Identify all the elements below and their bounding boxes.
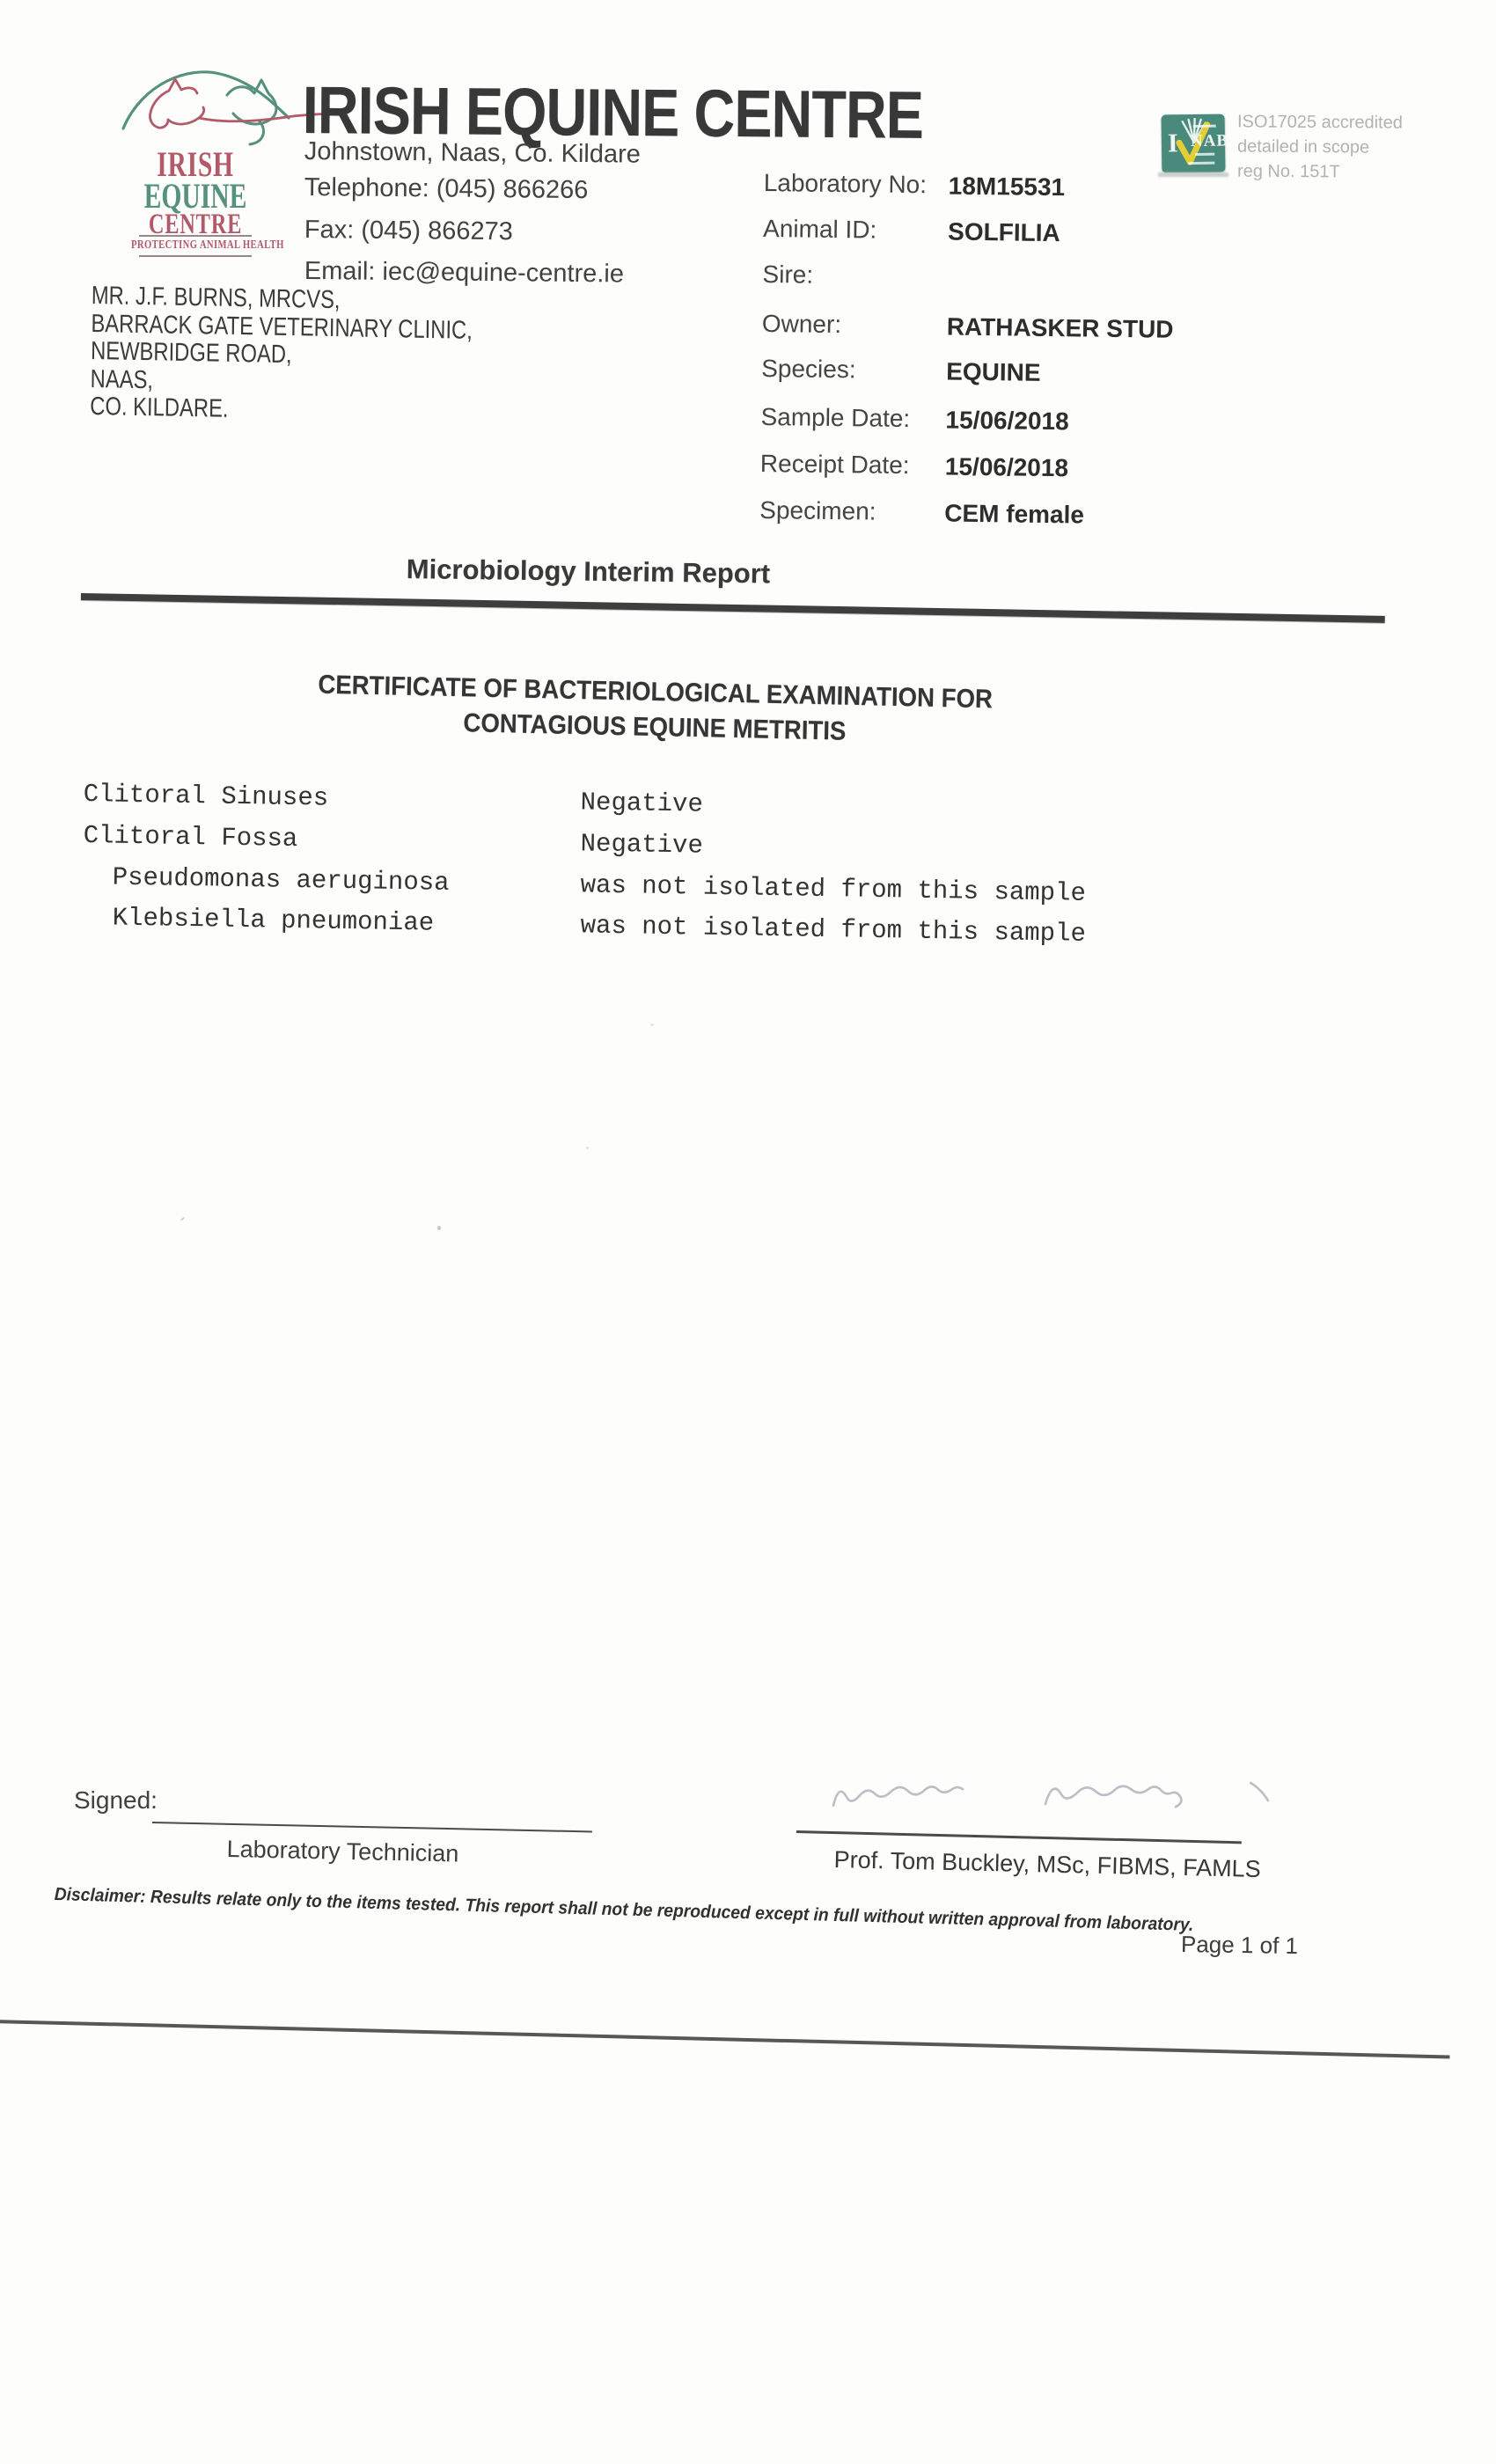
logo-divider-bottom [139, 255, 252, 257]
meta-label: Sire: [762, 260, 813, 289]
scanned-report-page: IRISH EQUINE CENTRE PROTECTING ANIMAL HE… [0, 0, 1496, 2464]
signatory-name: Prof. Tom Buckley, MSc, FIBMS, FAMLS [833, 1846, 1261, 1883]
meta-value: 15/06/2018 [945, 453, 1069, 483]
nab-microtext [1195, 153, 1214, 156]
org-telephone: Telephone: (045) 866266 [304, 173, 589, 205]
meta-row: Species: EQUINE [761, 355, 1307, 390]
result-row: Klebsiella pneumoniae was not isolated f… [83, 903, 1315, 952]
test-result: was not isolated from this sample [580, 870, 1086, 908]
signature-role-left: Laboratory Technician [226, 1836, 458, 1868]
meta-label: Laboratory No: [764, 169, 928, 198]
meta-value: 18M15531 [949, 172, 1066, 202]
result-row: Pseudomonas aeruginosa was not isolated … [83, 862, 1315, 912]
certificate-heading: CERTIFICATE OF BACTERIOLOGICAL EXAMINATI… [253, 666, 1056, 754]
test-result: was not isolated from this sample [580, 911, 1086, 949]
accreditation-line: ISO17025 accredited [1237, 112, 1403, 133]
test-name: Klebsiella pneumoniae [83, 903, 434, 938]
test-result: Negative [580, 788, 703, 818]
meta-label: Animal ID: [763, 215, 877, 244]
accreditation-line: reg No. 151T [1237, 162, 1340, 183]
result-row: Clitoral Fossa Negative [83, 821, 1315, 870]
meta-value: SOLFILIA [948, 218, 1060, 248]
test-name: Clitoral Sinuses [83, 780, 328, 813]
org-email: Email: iec@equine-centre.ie [304, 257, 624, 289]
org-fax: Fax: (045) 866273 [304, 216, 513, 246]
logo-divider-top [139, 235, 252, 237]
page-number: Page 1 of 1 [1181, 1931, 1298, 1960]
signed-label: Signed: [74, 1786, 158, 1815]
report-title: Microbiology Interim Report [407, 554, 771, 590]
meta-label: Owner: [762, 310, 842, 338]
meta-row: Sample Date: 15/06/2018 [760, 403, 1306, 438]
meta-row: Receipt Date: 15/06/2018 [760, 450, 1306, 485]
logo-tagline: PROTECTING ANIMAL HEALTH [131, 238, 260, 253]
handwritten-signature-icon [821, 1769, 1280, 1833]
nab-letter-i: I [1168, 128, 1178, 158]
nab-microtext [1188, 162, 1214, 165]
meta-row: Specimen: CEM female [759, 496, 1305, 532]
meta-row: Animal ID: SOLFILIA [763, 215, 1309, 250]
test-name: Clitoral Fossa [83, 821, 297, 854]
meta-label: Specimen: [759, 496, 876, 525]
disclaimer-text: Disclaimer: Results relate only to the i… [54, 1884, 1193, 1936]
meta-value: EQUINE [946, 358, 1041, 387]
signature-line-right [796, 1830, 1242, 1844]
org-address: Johnstown, Naas, Co. Kildare [304, 137, 641, 170]
header-divider-rule [81, 593, 1385, 623]
client-address-block: MR. J.F. BURNS, MRCVS, BARRACK GATE VETE… [90, 282, 473, 428]
test-name: Pseudomonas aeruginosa [83, 862, 449, 898]
client-address-line: CO. KILDARE. [90, 393, 472, 428]
signature-line-left [152, 1822, 592, 1832]
nab-microtext [1193, 125, 1216, 128]
meta-value: CEM female [944, 500, 1084, 530]
scan-speck [650, 1023, 654, 1026]
meta-label: Sample Date: [760, 403, 910, 432]
scan-speck [586, 1147, 589, 1149]
meta-label: Species: [761, 355, 856, 383]
accreditation-line: detailed in scope [1237, 136, 1369, 158]
meta-row: Owner: RATHASKER STUD [762, 310, 1308, 345]
scan-speck [437, 1226, 441, 1230]
meta-value: RATHASKER STUD [947, 313, 1174, 344]
nab-accreditation-logo-icon: I NAB [1162, 114, 1226, 173]
meta-value: 15/06/2018 [945, 407, 1069, 436]
footer-rule [0, 2020, 1450, 2058]
scan-speck [180, 1217, 185, 1221]
result-row: Clitoral Sinuses Negative [83, 780, 1315, 829]
meta-row: Sire: [762, 260, 1308, 296]
meta-label: Receipt Date: [760, 450, 910, 479]
test-result: Negative [580, 829, 703, 860]
nab-letters: NAB [1191, 131, 1228, 151]
scan-smudge [1158, 172, 1228, 177]
